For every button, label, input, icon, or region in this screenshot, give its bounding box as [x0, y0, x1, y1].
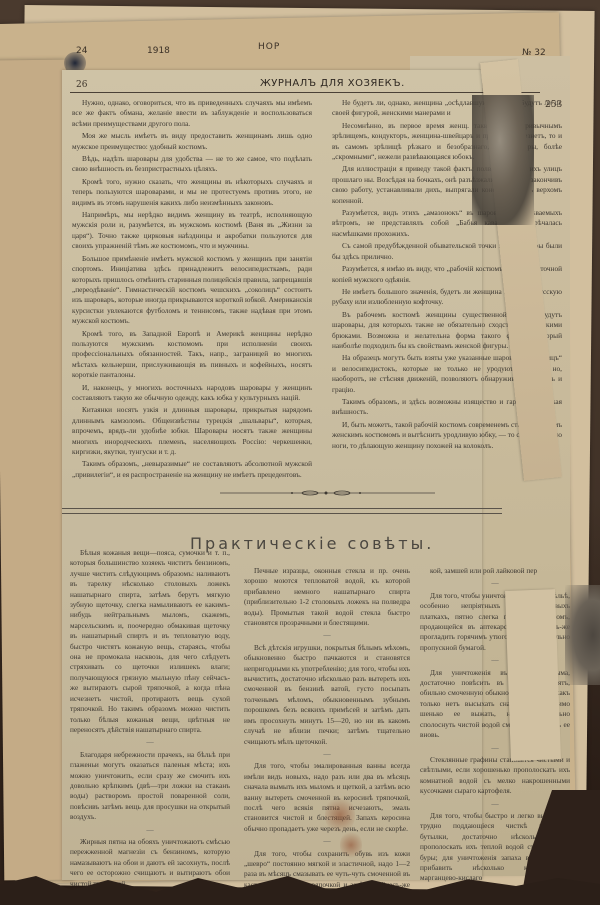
underlying-year: 1918	[147, 46, 170, 56]
paragraph: Такимъ образомъ, „невыразимые“ не состав…	[72, 459, 312, 480]
paragraph-separator: —	[244, 836, 410, 846]
paragraph: Большое примѣненіе имѣетъ мужской костюм…	[72, 254, 312, 327]
ornament-divider	[220, 490, 435, 496]
paragraph-separator: —	[70, 825, 230, 835]
paragraph-separator: —	[244, 749, 410, 759]
paragraph: Вѣдь, надѣть шаровары для удобства — не …	[72, 154, 312, 175]
page-number: 26	[76, 80, 87, 90]
paragraph: Стеклянные графины становятся чистыми и …	[420, 755, 570, 797]
section-rule	[62, 508, 502, 514]
paragraph: Бѣлыя кожаныя вещи—пояса, сумочки и т. п…	[70, 548, 230, 735]
rust-stain	[340, 830, 362, 860]
paragraph: И, наконецъ, у многихъ восточныхъ народо…	[72, 383, 312, 404]
article-column-left: Нужно, однако, оговориться, что въ приве…	[72, 98, 312, 482]
paragraph-separator: —	[244, 630, 410, 640]
running-head: 26 ЖУРНАЛЪ ДЛЯ ХОЗЯЕКЪ.	[70, 78, 540, 93]
paragraph: Кромѣ того, нужно сказать, что женщины в…	[72, 177, 312, 208]
paragraph: Напримѣръ, мы нерѣдко видимъ женщину въ …	[72, 210, 312, 252]
illustration-fragment	[565, 585, 600, 685]
paragraph-separator: —	[70, 737, 230, 747]
paragraph: Благодаря небрежности прачекъ, на бѣльѣ …	[70, 750, 230, 823]
portrait-illustration	[472, 95, 534, 225]
paragraph: кой, замшей или рой лайковой пер	[420, 566, 570, 576]
journal-title: ЖУРНАЛЪ ДЛЯ ХОЗЯЕКЪ.	[260, 78, 405, 89]
rust-stain	[325, 795, 355, 835]
paragraph: Нужно, однако, оговориться, что въ приве…	[72, 98, 312, 129]
paragraph: Печные изразцы, оконныя стекла и пр. оче…	[244, 566, 410, 628]
paragraph-separator: —	[420, 578, 570, 588]
underlying-month-fragment: НОР	[258, 42, 280, 52]
paragraph: Кромѣ того, въ Западной Европѣ и Америкѣ…	[72, 329, 312, 381]
paragraph: Китаянки носятъ узкія и длинныя шаровары…	[72, 405, 312, 457]
torn-paper-fragment	[505, 589, 561, 761]
tips-column-2: Печные изразцы, оконныя стекла и пр. оче…	[244, 566, 410, 903]
paragraph: Всѣ дѣтскія игрушки, покрытыя бѣлымъ мѣх…	[244, 643, 410, 747]
paragraph: Моя же мысль имѣетъ въ виду предоставить…	[72, 131, 312, 152]
tips-column-1: Бѣлыя кожаныя вещи—пояса, сумочки и т. п…	[70, 548, 230, 891]
